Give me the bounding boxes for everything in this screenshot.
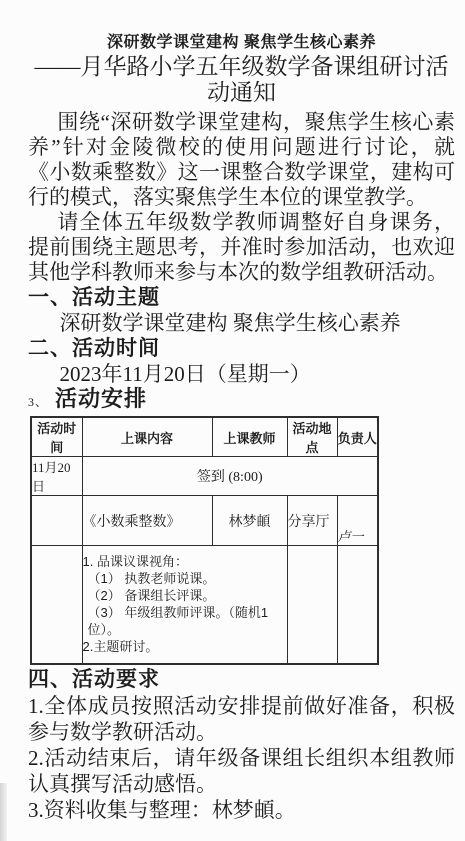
section-3-heading: 3、活动安排 <box>28 387 455 414</box>
header-person-in-charge: 负责人 <box>337 417 378 457</box>
header-activity-place: 活动地点 <box>287 417 337 457</box>
document-title: 深研数学课堂建构 聚焦学生核心素养 <box>28 32 455 54</box>
cell-agenda: 1. 品课议课视角： （1） 执教老师说课。 （2） 备课组长评课。 （3） 年… <box>82 546 287 664</box>
agenda-line-3: （2） 备课组长评课。 <box>83 587 287 604</box>
intro-paragraph-2: 请全体五年级数学教师调整好自身课务，提前围绕主题思考，并准时参加活动，也欢迎其他… <box>28 210 455 285</box>
header-lesson-content: 上课内容 <box>82 417 212 457</box>
cell-activity-date: 11月20日 <box>31 457 82 496</box>
schedule-table: 活动时间 上课内容 上课教师 活动地点 负责人 11月20日 签到 (8:00)… <box>30 416 379 665</box>
table-header-row: 活动时间 上课内容 上课教师 活动地点 负责人 <box>31 417 378 457</box>
requirement-item-2: 2.活动结束后，请年级备课组长组织本组教师认真撰写活动感悟。 <box>28 745 455 797</box>
section-2-heading: 二、活动时间 <box>28 336 455 362</box>
section-1-theme: 深研数学课堂建构 聚焦学生核心素养 <box>28 311 455 336</box>
agenda-line-2: （1） 执教老师说课。 <box>83 570 287 587</box>
cell-empty-leader <box>337 546 378 664</box>
table-row-signin: 11月20日 签到 (8:00) <box>31 457 378 496</box>
notice-document: 深研数学课堂建构 聚焦学生核心素养 ——月华路小学五年级数学备课组研讨活动通知 … <box>0 0 465 823</box>
scan-shadow-artifact <box>0 783 7 841</box>
section-1-heading: 一、活动主题 <box>28 285 455 311</box>
agenda-line-1: 1. 品课议课视角： <box>83 553 287 570</box>
cell-leader-name: 卢一 <box>337 496 378 546</box>
cell-lesson-title: 《小数乘整数》 <box>82 496 212 546</box>
section-2-date: 2023年11月20日（星期一） <box>28 362 455 387</box>
cell-place-name: 分享厅 <box>287 496 337 546</box>
intro-paragraph-1: 围绕“深研数学课堂建构，聚焦学生核心素养”针对金陵微校的使用问题进行讨论，就《小… <box>28 110 455 210</box>
section-3-number: 3、 <box>28 395 48 409</box>
cell-teacher-name: 林梦頔 <box>212 496 287 546</box>
section-3-title: 活动安排 <box>55 386 147 411</box>
header-lesson-teacher: 上课教师 <box>212 417 287 457</box>
cell-empty-time-2 <box>31 546 82 664</box>
table-row-agenda: 1. 品课议课视角： （1） 执教老师说课。 （2） 备课组长评课。 （3） 年… <box>31 546 378 664</box>
section-4-heading: 四、活动要求 <box>28 667 455 693</box>
cell-signin: 签到 (8:00) <box>82 457 378 496</box>
cell-empty-time <box>31 496 82 546</box>
agenda-line-4: （3） 年级组教师评课。（随机1位）。 <box>83 604 287 638</box>
agenda-line-5: 2.主题研讨。 <box>83 638 287 655</box>
cell-empty-place <box>287 546 337 664</box>
document-subtitle: ——月华路小学五年级数学备课组研讨活动通知 <box>28 54 455 106</box>
requirement-item-3: 3.资料收集与整理：林梦頔。 <box>28 797 455 823</box>
header-activity-time: 活动时间 <box>31 417 82 457</box>
table-row-lesson: 《小数乘整数》 林梦頔 分享厅 卢一 <box>31 496 378 546</box>
requirement-item-1: 1.全体成员按照活动安排提前做好准备，积极参与数学教研活动。 <box>28 693 455 745</box>
